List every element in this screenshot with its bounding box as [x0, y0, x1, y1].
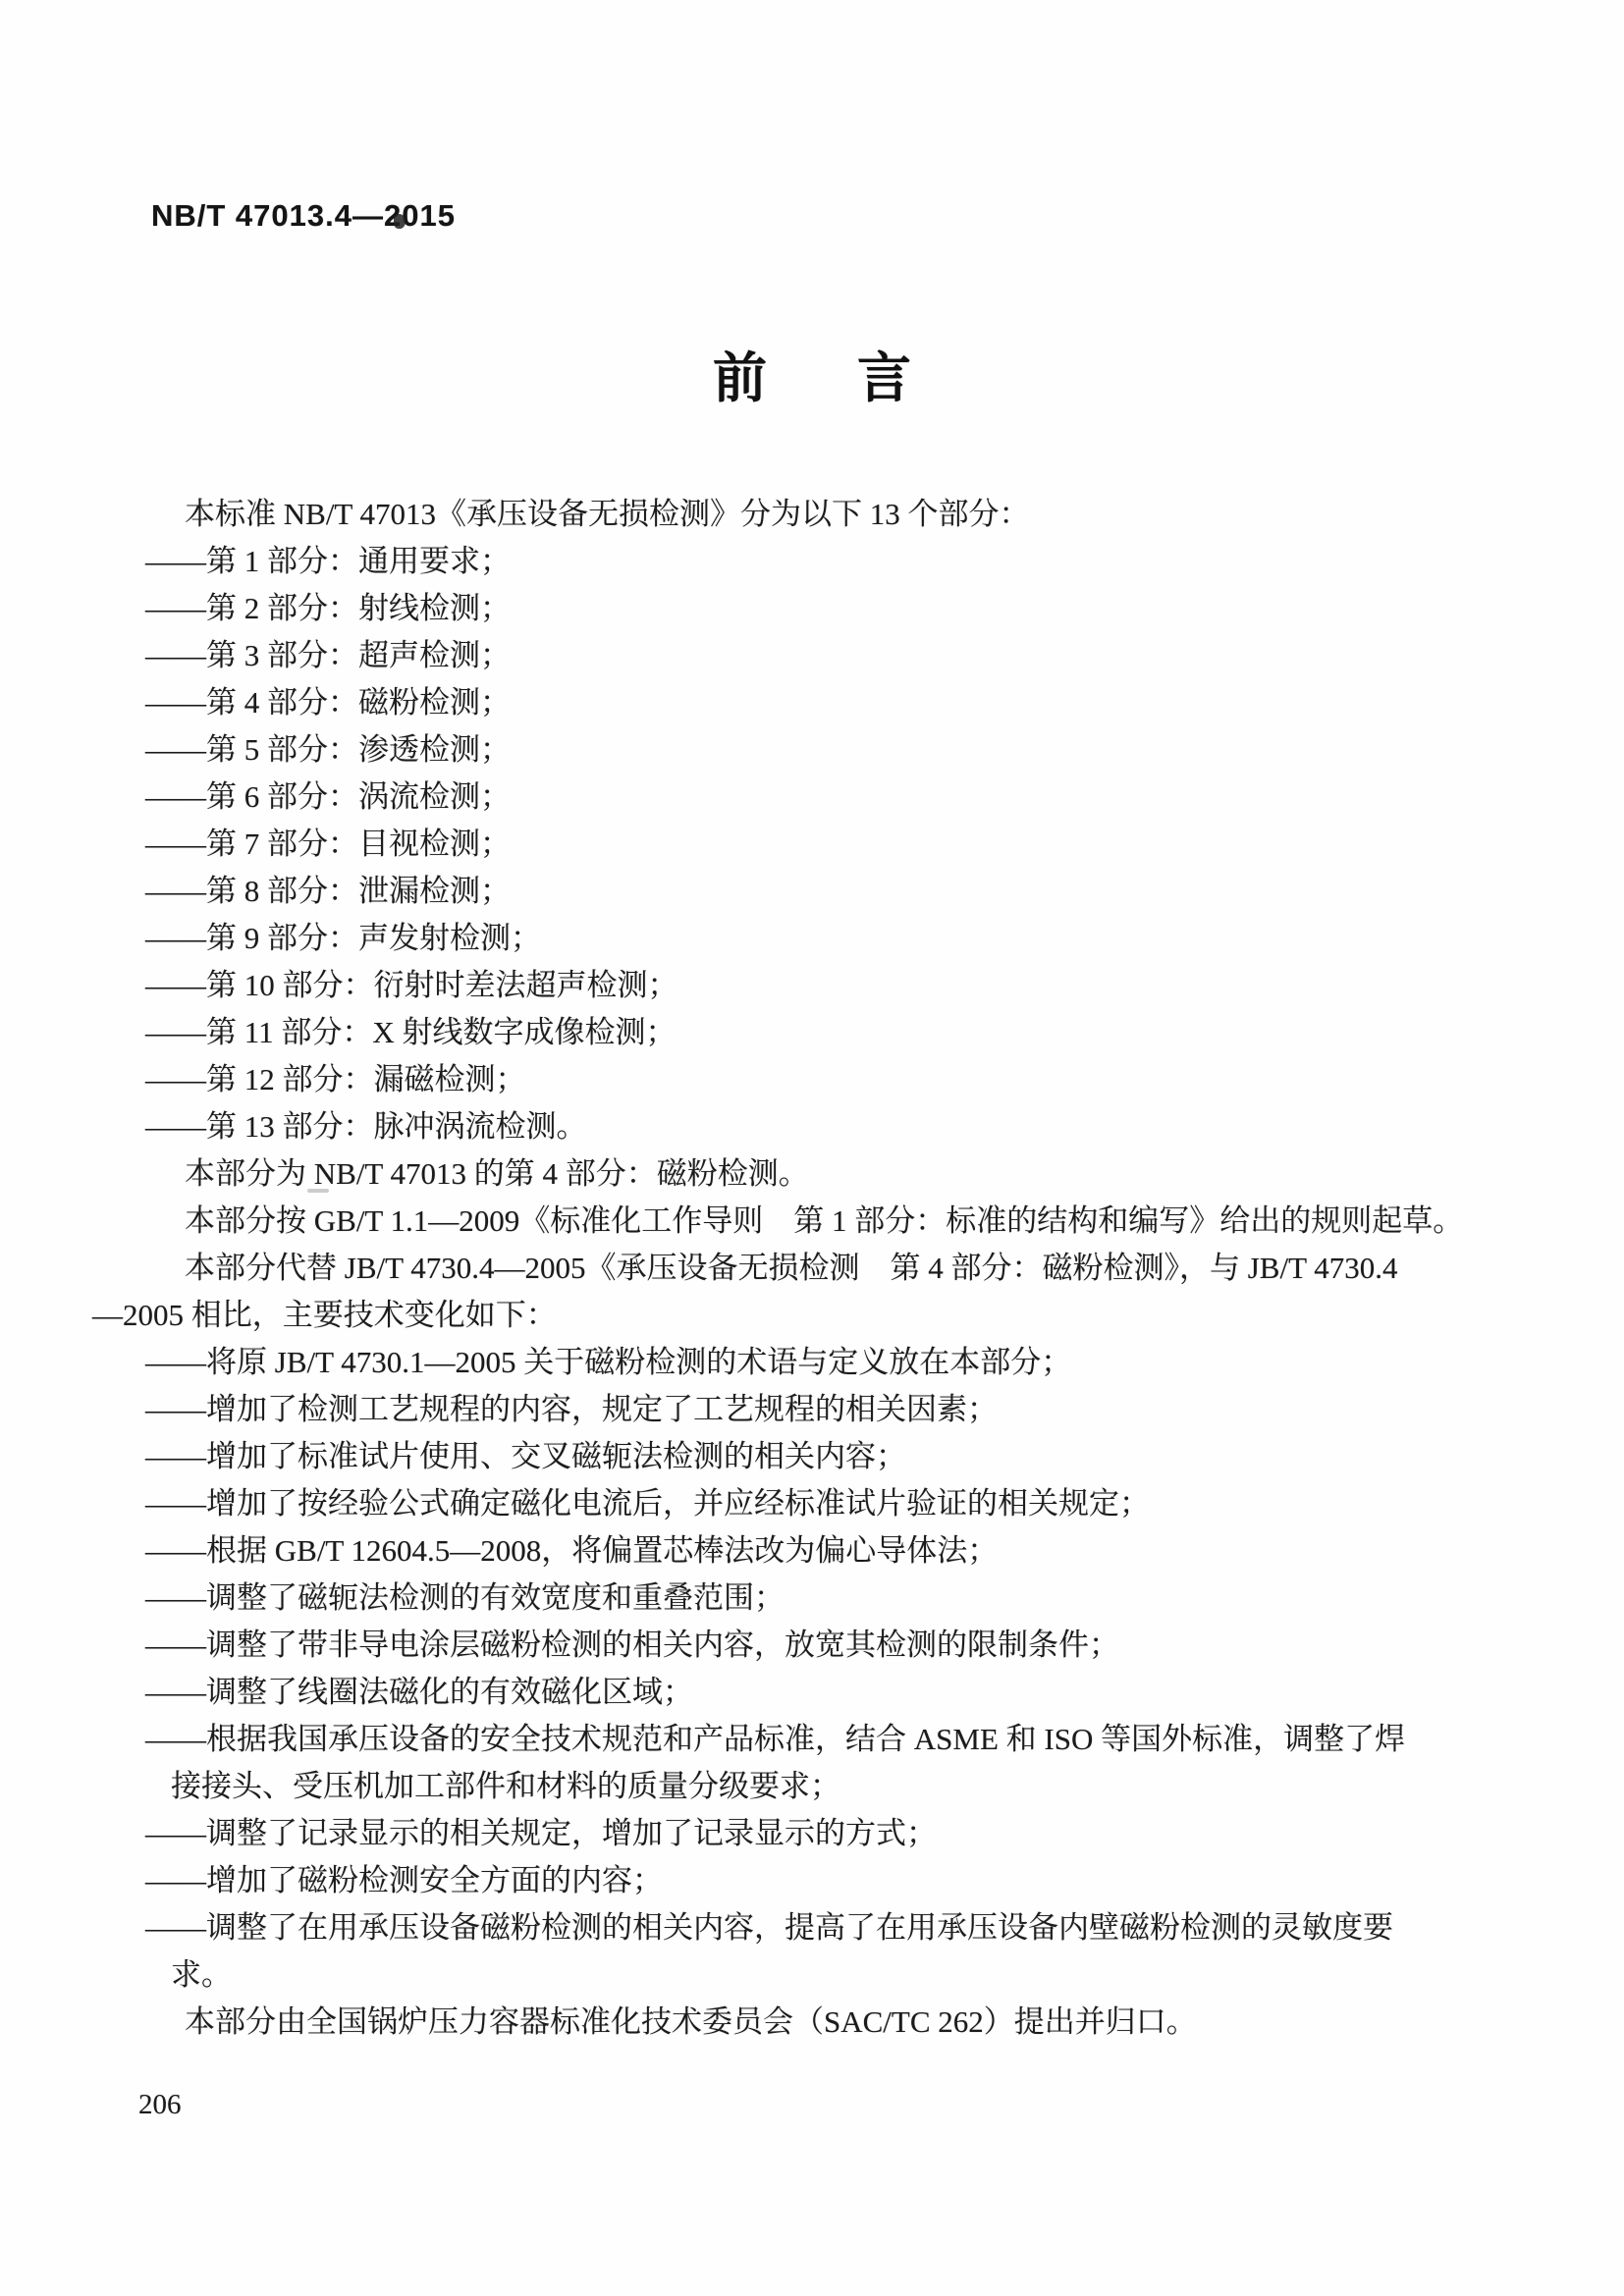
- text-line: ——第 10 部分：衍射时差法超声检测；: [128, 962, 1522, 1009]
- text-line: ——调整了磁轭法检测的有效宽度和重叠范围；: [128, 1575, 1522, 1622]
- text-line: ——第 9 部分：声发射检测；: [128, 915, 1522, 962]
- text-line: ——第 12 部分：漏磁检测；: [128, 1056, 1522, 1103]
- foreword-title-char-2: 言: [857, 351, 911, 405]
- text-line: 本标准 NB/T 47013《承压设备无损检测》分为以下 13 个部分：: [128, 491, 1522, 538]
- text-line: 本部分由全国锅炉压力容器标准化技术委员会（SAC/TC 262）提出并归口。: [128, 1999, 1522, 2046]
- text-line: ——调整了线圈法磁化的有效磁化区域；: [128, 1669, 1522, 1716]
- text-line: 本部分代替 JB/T 4730.4—2005《承压设备无损检测 第 4 部分：磁…: [128, 1245, 1522, 1292]
- text-line: —2005 相比，主要技术变化如下：: [92, 1292, 1522, 1339]
- text-line: ——调整了在用承压设备磁粉检测的相关内容，提高了在用承压设备内壁磁粉检测的灵敏度…: [128, 1904, 1522, 1951]
- text-line: ——第 5 部分：渗透检测；: [128, 726, 1522, 774]
- document-page: NB/T 47013.4—2015 前 言 本标准 NB/T 47013《承压设…: [0, 0, 1624, 2296]
- scan-speck: [394, 214, 406, 229]
- text-line: ——第 8 部分：泄漏检测；: [128, 868, 1522, 915]
- text-line: ——根据我国承压设备的安全技术规范和产品标准，结合 ASME 和 ISO 等国外…: [128, 1716, 1522, 1763]
- text-line: ——第 4 部分：磁粉检测；: [128, 679, 1522, 726]
- page-number: 206: [138, 2089, 182, 2121]
- document-lines: 本标准 NB/T 47013《承压设备无损检测》分为以下 13 个部分：——第 …: [128, 491, 1522, 2046]
- text-line: ——第 1 部分：通用要求；: [128, 538, 1522, 585]
- text-line: 本部分为 NB/T 47013 的第 4 部分：磁粉检测。: [128, 1150, 1522, 1198]
- text-line: ——第 2 部分：射线检测；: [128, 585, 1522, 632]
- text-line: ——增加了磁粉检测安全方面的内容；: [128, 1857, 1522, 1904]
- text-line: ——第 7 部分：目视检测；: [128, 821, 1522, 868]
- text-line: ——增加了按经验公式确定磁化电流后，并应经标准试片验证的相关规定；: [128, 1480, 1522, 1527]
- text-line: 求。: [128, 1951, 1522, 1999]
- text-line: ——第 11 部分：X 射线数字成像检测；: [128, 1009, 1522, 1056]
- text-line: ——将原 JB/T 4730.1—2005 关于磁粉检测的术语与定义放在本部分；: [128, 1339, 1522, 1386]
- standard-number-header: NB/T 47013.4—2015: [151, 198, 456, 234]
- text-line: ——增加了标准试片使用、交叉磁轭法检测的相关内容；: [128, 1433, 1522, 1480]
- foreword-title-char-1: 前: [713, 351, 767, 405]
- text-line: ——增加了检测工艺规程的内容，规定了工艺规程的相关因素；: [128, 1386, 1522, 1433]
- foreword-title: 前 言: [0, 351, 1624, 405]
- text-line: 接接头、受压机加工部件和材料的质量分级要求；: [128, 1763, 1522, 1810]
- text-line: ——第 6 部分：涡流检测；: [128, 774, 1522, 821]
- text-line: ——根据 GB/T 12604.5—2008，将偏置芯棒法改为偏心导体法；: [128, 1527, 1522, 1575]
- text-line: 本部分按 GB/T 1.1—2009《标准化工作导则 第 1 部分：标准的结构和…: [128, 1198, 1522, 1245]
- text-line: ——调整了带非导电涂层磁粉检测的相关内容，放宽其检测的限制条件；: [128, 1622, 1522, 1669]
- text-line: ——调整了记录显示的相关规定，增加了记录显示的方式；: [128, 1810, 1522, 1857]
- text-line: ——第 3 部分：超声检测；: [128, 632, 1522, 679]
- text-line: ——第 13 部分：脉冲涡流检测。: [128, 1103, 1522, 1150]
